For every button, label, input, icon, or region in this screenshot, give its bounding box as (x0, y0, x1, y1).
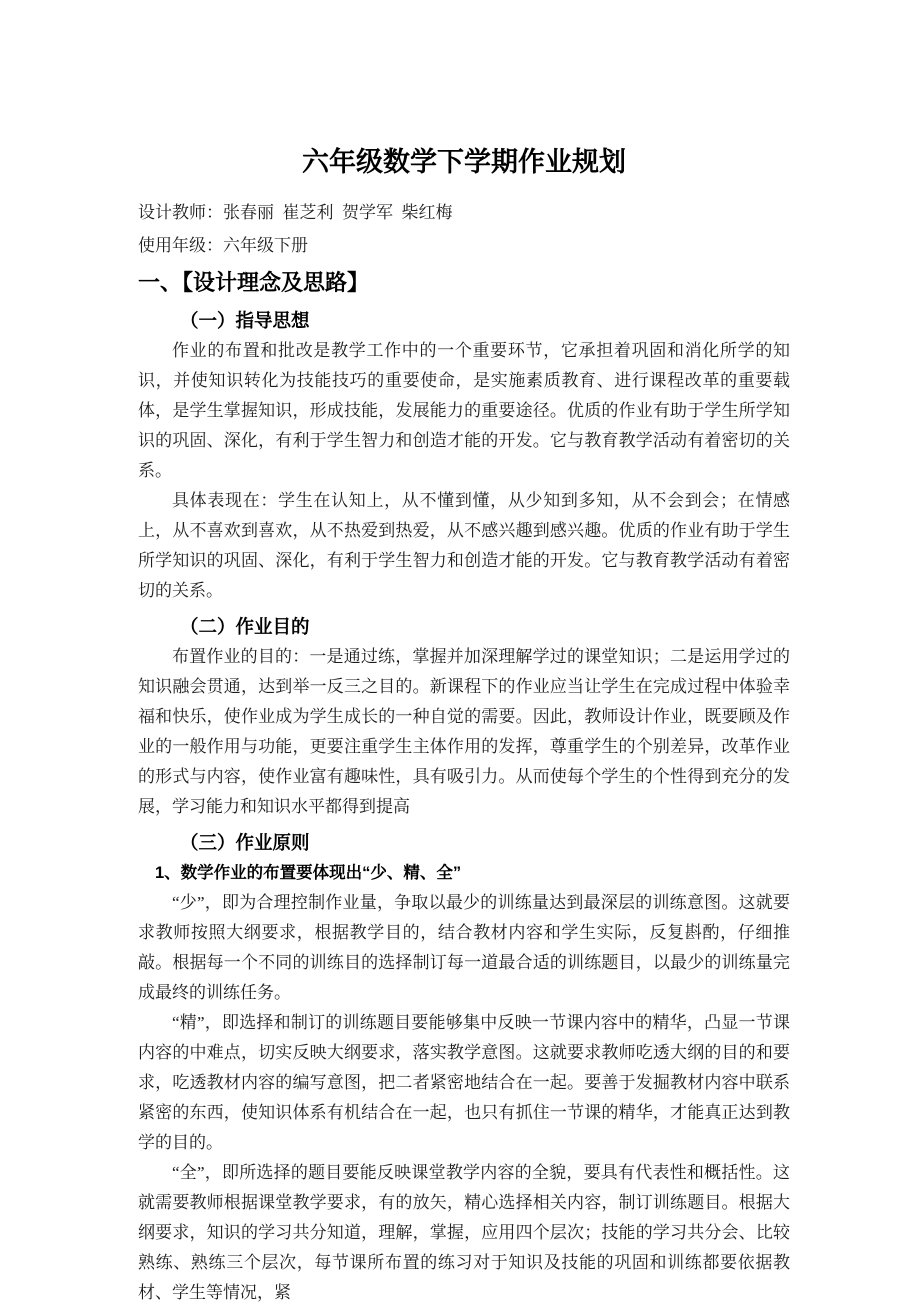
paragraph-principle-jing: “精”，即选择和制订的训练题目要能够集中反映一节课内容中的精华，凸显一节课内容的… (138, 1008, 790, 1158)
principle-1-title: 1、数学作业的布置要体现出“少、精、全” (155, 858, 790, 888)
paragraph-guiding-ideology-1: 作业的布置和批改是教学工作中的一个重要环节，它承担着巩固和消化所学的知识，并使知… (138, 336, 790, 486)
paragraph-homework-purpose: 布置作业的目的：一是通过练，掌握并加深理解学过的课堂知识；二是运用学过的知识融会… (138, 642, 790, 822)
subsection-heading-homework-purpose: （二）作业目的 (180, 612, 790, 642)
subsection-heading-homework-principles: （三）作业原则 (180, 828, 790, 858)
grade-line: 使用年级：六年级下册 (138, 229, 790, 262)
subsection-heading-guiding-ideology: （一）指导思想 (180, 306, 790, 336)
paragraph-guiding-ideology-2: 具体表现在：学生在认知上，从不懂到懂，从少知到多知，从不会到会；在情感上，从不喜… (138, 486, 790, 606)
section-heading-design-concept: 一、【设计理念及思路】 (138, 266, 790, 300)
designers-line: 设计教师：张春丽 崔芝利 贺学军 柴红梅 (138, 196, 790, 229)
document-page: 六年级数学下学期作业规划 设计教师：张春丽 崔芝利 贺学军 柴红梅 使用年级：六… (0, 0, 920, 1302)
paragraph-principle-quan: “全”，即所选择的题目要能反映课堂教学内容的全貌，要具有代表性和概括性。这就需要… (138, 1158, 790, 1302)
paragraph-principle-shao: “少”，即为合理控制作业量，争取以最少的训练量达到最深层的训练意图。这就要求教师… (138, 888, 790, 1008)
document-title: 六年级数学下学期作业规划 (138, 144, 790, 180)
